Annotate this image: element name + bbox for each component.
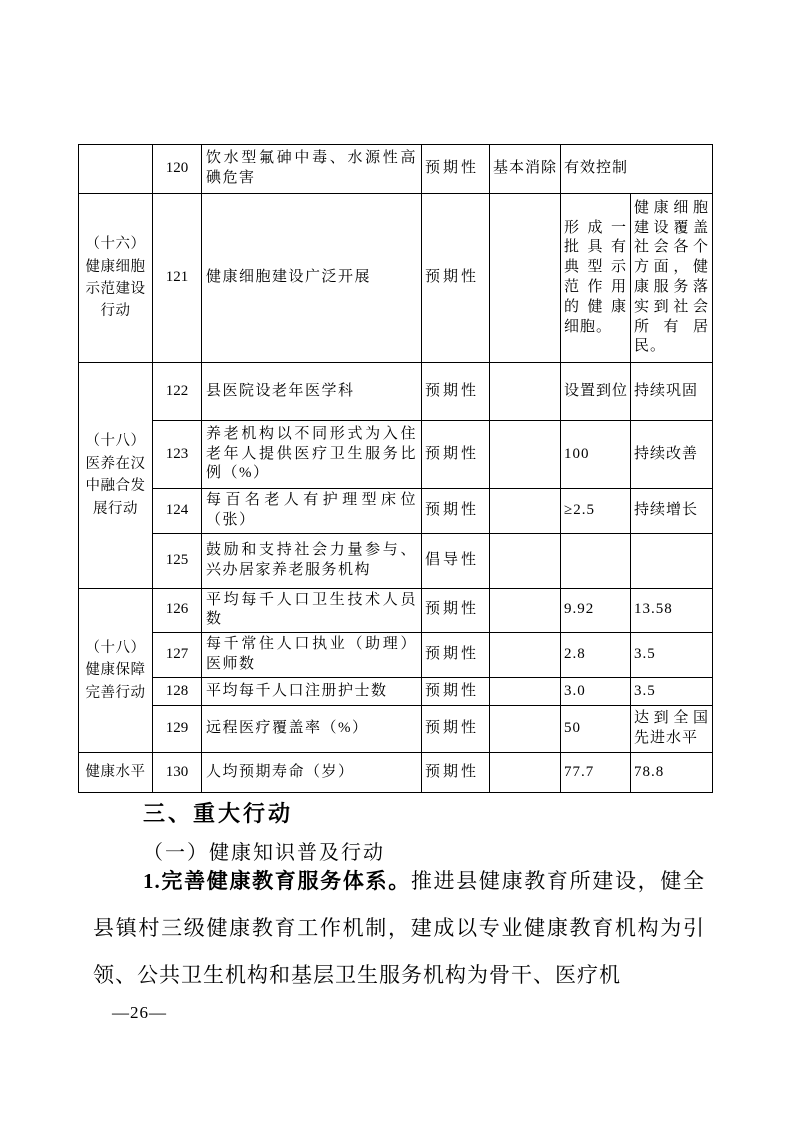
cell-value-1 (490, 533, 561, 588)
cell-indicator: 县医院设老年医学科 (202, 363, 422, 421)
table-row: 120 饮水型氟砷中毒、水源性高碘危害 预期性 基本消除 有效控制 (79, 145, 713, 194)
cell-attribute: 预期性 (422, 633, 490, 678)
cell-number: 120 (153, 145, 202, 194)
cell-value-3: 持续改善 (631, 421, 713, 489)
table-row: 129 远程医疗覆盖率（%） 预期性 50 达到全国先进水平 (79, 706, 713, 753)
cell-value-3: 健康细胞建设覆盖社会各个方面，健康服务落实到社会所有居民。 (631, 194, 713, 363)
cell-value-3 (631, 533, 713, 588)
cell-attribute: 预期性 (422, 678, 490, 706)
cell-value-3: 3.5 (631, 633, 713, 678)
cell-value-3: 持续增长 (631, 489, 713, 534)
cell-indicator: 人均预期寿命（岁） (202, 753, 422, 793)
cell-attribute: 预期性 (422, 194, 490, 363)
cell-value-1 (490, 753, 561, 793)
cell-value-3: 78.8 (631, 753, 713, 793)
cell-value-3: 3.5 (631, 678, 713, 706)
document-page: 120 饮水型氟砷中毒、水源性高碘危害 预期性 基本消除 有效控制 （十六）健康… (0, 0, 793, 1122)
cell-indicator: 远程医疗覆盖率（%） (202, 706, 422, 753)
cell-value-1 (490, 421, 561, 489)
paragraph-lead-bold: 1.完善健康教育服务体系。 (143, 869, 411, 893)
cell-value-2 (561, 533, 631, 588)
cell-indicator: 饮水型氟砷中毒、水源性高碘危害 (202, 145, 422, 194)
cell-number: 124 (153, 489, 202, 534)
cell-indicator: 平均每千人口卫生技术人员数 (202, 588, 422, 633)
cell-group: （十八）健康保障完善行动 (79, 588, 153, 753)
cell-group: （十八）医养在汉中融合发展行动 (79, 363, 153, 589)
cell-attribute: 预期性 (422, 588, 490, 633)
cell-value-2: 有效控制 (561, 145, 713, 194)
cell-attribute: 预期性 (422, 421, 490, 489)
cell-value-3: 13.58 (631, 588, 713, 633)
cell-attribute: 预期性 (422, 753, 490, 793)
table-row: 健康水平 130 人均预期寿命（岁） 预期性 77.7 78.8 (79, 753, 713, 793)
cell-value-3: 达到全国先进水平 (631, 706, 713, 753)
cell-value-2: 77.7 (561, 753, 631, 793)
table-row: 125 鼓励和支持社会力量参与、兴办居家养老服务机构 倡导性 (79, 533, 713, 588)
cell-attribute: 倡导性 (422, 533, 490, 588)
cell-value-2: ≥2.5 (561, 489, 631, 534)
table-row: （十八）医养在汉中融合发展行动 122 县医院设老年医学科 预期性 设置到位 持… (79, 363, 713, 421)
cell-group: （十六）健康细胞示范建设行动 (79, 194, 153, 363)
cell-value-1: 基本消除 (490, 145, 561, 194)
table-row: （十六）健康细胞示范建设行动 121 健康细胞建设广泛开展 预期性 形成一批具有… (79, 194, 713, 363)
cell-value-3: 持续巩固 (631, 363, 713, 421)
cell-value-2: 形成一批具有典型示范作用的健康细胞。 (561, 194, 631, 363)
cell-value-2: 9.92 (561, 588, 631, 633)
cell-value-2: 100 (561, 421, 631, 489)
cell-value-1 (490, 194, 561, 363)
cell-number: 122 (153, 363, 202, 421)
cell-attribute: 预期性 (422, 489, 490, 534)
health-indicators-table: 120 饮水型氟砷中毒、水源性高碘危害 预期性 基本消除 有效控制 （十六）健康… (78, 144, 713, 793)
cell-indicator: 健康细胞建设广泛开展 (202, 194, 422, 363)
cell-indicator: 养老机构以不同形式为入住老年人提供医疗卫生服务比例（%） (202, 421, 422, 489)
cell-value-1 (490, 706, 561, 753)
cell-attribute: 预期性 (422, 145, 490, 194)
cell-value-2: 50 (561, 706, 631, 753)
table-row: 128 平均每千人口注册护士数 预期性 3.0 3.5 (79, 678, 713, 706)
body-paragraph: 1.完善健康教育服务体系。推进县健康教育所建设，健全县镇村三级健康教育工作机制，… (93, 858, 705, 999)
cell-group: 健康水平 (79, 753, 153, 793)
cell-value-2: 3.0 (561, 678, 631, 706)
cell-indicator: 鼓励和支持社会力量参与、兴办居家养老服务机构 (202, 533, 422, 588)
table-row: 127 每千常住人口执业（助理）医师数 预期性 2.8 3.5 (79, 633, 713, 678)
cell-value-1 (490, 678, 561, 706)
table-row: （十八）健康保障完善行动 126 平均每千人口卫生技术人员数 预期性 9.92 … (79, 588, 713, 633)
cell-value-2: 2.8 (561, 633, 631, 678)
cell-number: 130 (153, 753, 202, 793)
table-row: 123 养老机构以不同形式为入住老年人提供医疗卫生服务比例（%） 预期性 100… (79, 421, 713, 489)
cell-attribute: 预期性 (422, 363, 490, 421)
cell-value-2: 设置到位 (561, 363, 631, 421)
cell-number: 129 (153, 706, 202, 753)
page-number: —26— (112, 1003, 167, 1023)
cell-value-1 (490, 588, 561, 633)
cell-number: 125 (153, 533, 202, 588)
cell-indicator: 每千常住人口执业（助理）医师数 (202, 633, 422, 678)
cell-indicator: 平均每千人口注册护士数 (202, 678, 422, 706)
cell-value-1 (490, 633, 561, 678)
cell-number: 126 (153, 588, 202, 633)
cell-indicator: 每百名老人有护理型床位（张） (202, 489, 422, 534)
cell-value-1 (490, 489, 561, 534)
cell-group (79, 145, 153, 194)
section-heading: 三、重大行动 (143, 797, 293, 828)
cell-number: 127 (153, 633, 202, 678)
table-row: 124 每百名老人有护理型床位（张） 预期性 ≥2.5 持续增长 (79, 489, 713, 534)
cell-number: 121 (153, 194, 202, 363)
cell-value-1 (490, 363, 561, 421)
cell-attribute: 预期性 (422, 706, 490, 753)
cell-number: 123 (153, 421, 202, 489)
cell-number: 128 (153, 678, 202, 706)
